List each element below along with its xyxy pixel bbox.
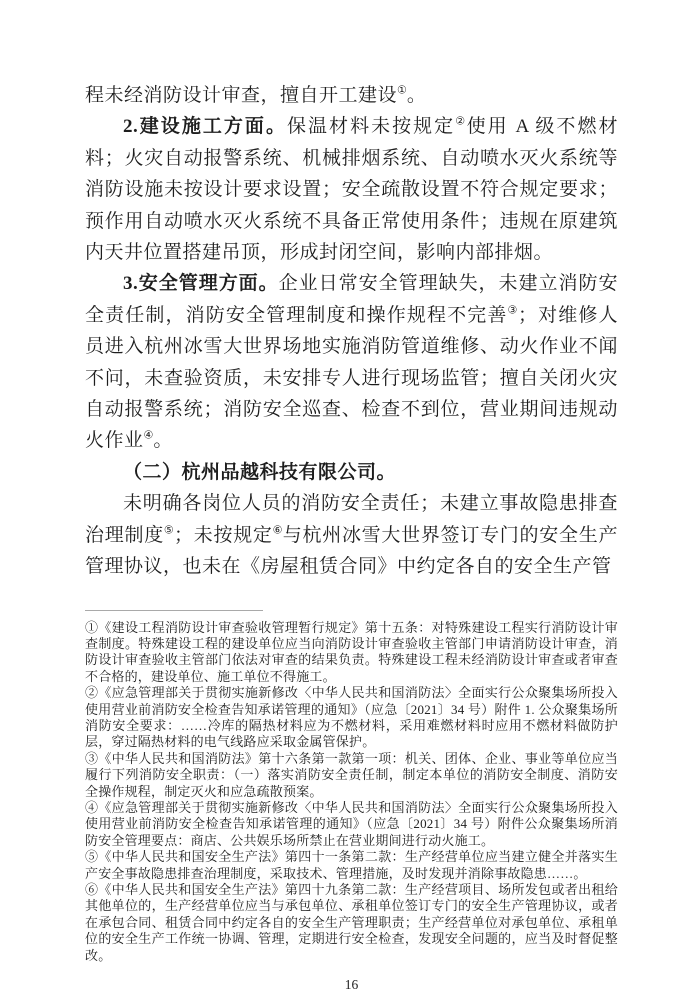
text-run: ③《中华人民共和国消防法》第十六条第一款第一项：机关、团体、企业、事业等单位应当…	[85, 751, 618, 799]
footnote-ref-mark: ③	[508, 305, 518, 317]
text-run: ④《应急管理部关于贯彻实施新修改〈中华人民共和国消防法〉全面实行公众聚集场所投入…	[85, 800, 618, 848]
text-run: ⑥《中华人民共和国安全生产法》第四十九条第二款：生产经营项目、场所发包或者出租给…	[85, 882, 618, 963]
text-run: 程未经消防设计审查，擅自开工建设	[85, 85, 397, 106]
footnote-item: ⑤《中华人民共和国安全生产法》第四十一条第二款：生产经营单位应当建立健全并落实生…	[85, 849, 618, 882]
body-paragraph: （二）杭州品越科技有限公司。	[85, 457, 618, 488]
document-body: 程未经消防设计审查，擅自开工建设①。2.建设施工方面。保温材料未按规定②使用 A…	[85, 80, 618, 583]
body-paragraph: 2.建设施工方面。保温材料未按规定②使用 A 级不燃材料；火灾自动报警系统、机械…	[85, 111, 618, 268]
footnote-item: ⑥《中华人民共和国安全生产法》第四十九条第二款：生产经营项目、场所发包或者出租给…	[85, 882, 618, 964]
text-run: ⑤《中华人民共和国安全生产法》第四十一条第二款：生产经营单位应当建立健全并落实生…	[85, 849, 618, 880]
body-paragraph: 3.安全管理方面。企业日常安全管理缺失，未建立消防安全责任制，消防安全管理制度和…	[85, 268, 618, 456]
text-run: 2.建设施工方面。	[123, 116, 287, 137]
footnote-ref-mark: ②	[455, 116, 466, 128]
footnote-ref-mark: ①	[397, 85, 407, 97]
footnote-ref-mark: ⑤	[164, 524, 174, 536]
footnote-item: ②《应急管理部关于贯彻实施新修改〈中华人民共和国消防法〉全面实行公众聚集场所投入…	[85, 685, 618, 751]
page-number: 16	[85, 977, 618, 990]
text-run: 。	[153, 430, 173, 451]
footnote-item: ④《应急管理部关于贯彻实施新修改〈中华人民共和国消防法〉全面实行公众聚集场所投入…	[85, 800, 618, 849]
footnote-item: ①《建设工程消防设计审查验收管理暂行规定》第十五条：对特殊建设工程实行消防设计审…	[85, 620, 618, 686]
text-run: ；未按规定	[174, 525, 273, 546]
text-run: ②《应急管理部关于贯彻实施新修改〈中华人民共和国消防法〉全面实行公众聚集场所投入…	[85, 685, 618, 749]
footnotes-section: ①《建设工程消防设计审查验收管理暂行规定》第十五条：对特殊建设工程实行消防设计审…	[85, 620, 618, 965]
footnote-ref-mark: ⑥	[273, 524, 283, 536]
text-run: ①《建设工程消防设计审查验收管理暂行规定》第十五条：对特殊建设工程实行消防设计审…	[85, 620, 618, 684]
text-run: 保温材料未按规定	[287, 116, 455, 137]
document-page: 程未经消防设计审查，擅自开工建设①。2.建设施工方面。保温材料未按规定②使用 A…	[0, 0, 700, 990]
body-paragraph: 程未经消防设计审查，擅自开工建设①。	[85, 80, 618, 111]
footnote-item: ③《中华人民共和国消防法》第十六条第一款第一项：机关、团体、企业、事业等单位应当…	[85, 751, 618, 800]
footnote-separator-line	[85, 610, 263, 611]
footnote-ref-mark: ④	[144, 430, 154, 442]
text-run: 使用 A 级不燃材料；火灾自动报警系统、机械排烟系统、自动喷水灭火系统等消防设施…	[85, 116, 618, 263]
text-run: 3.安全管理方面。	[123, 273, 279, 294]
text-run: （二）杭州品越科技有限公司。	[123, 462, 396, 483]
body-paragraph: 未明确各岗位人员的消防安全责任；未建立事故隐患排查治理制度⑤；未按规定⑥与杭州冰…	[85, 488, 618, 582]
text-run: 。	[407, 85, 427, 106]
